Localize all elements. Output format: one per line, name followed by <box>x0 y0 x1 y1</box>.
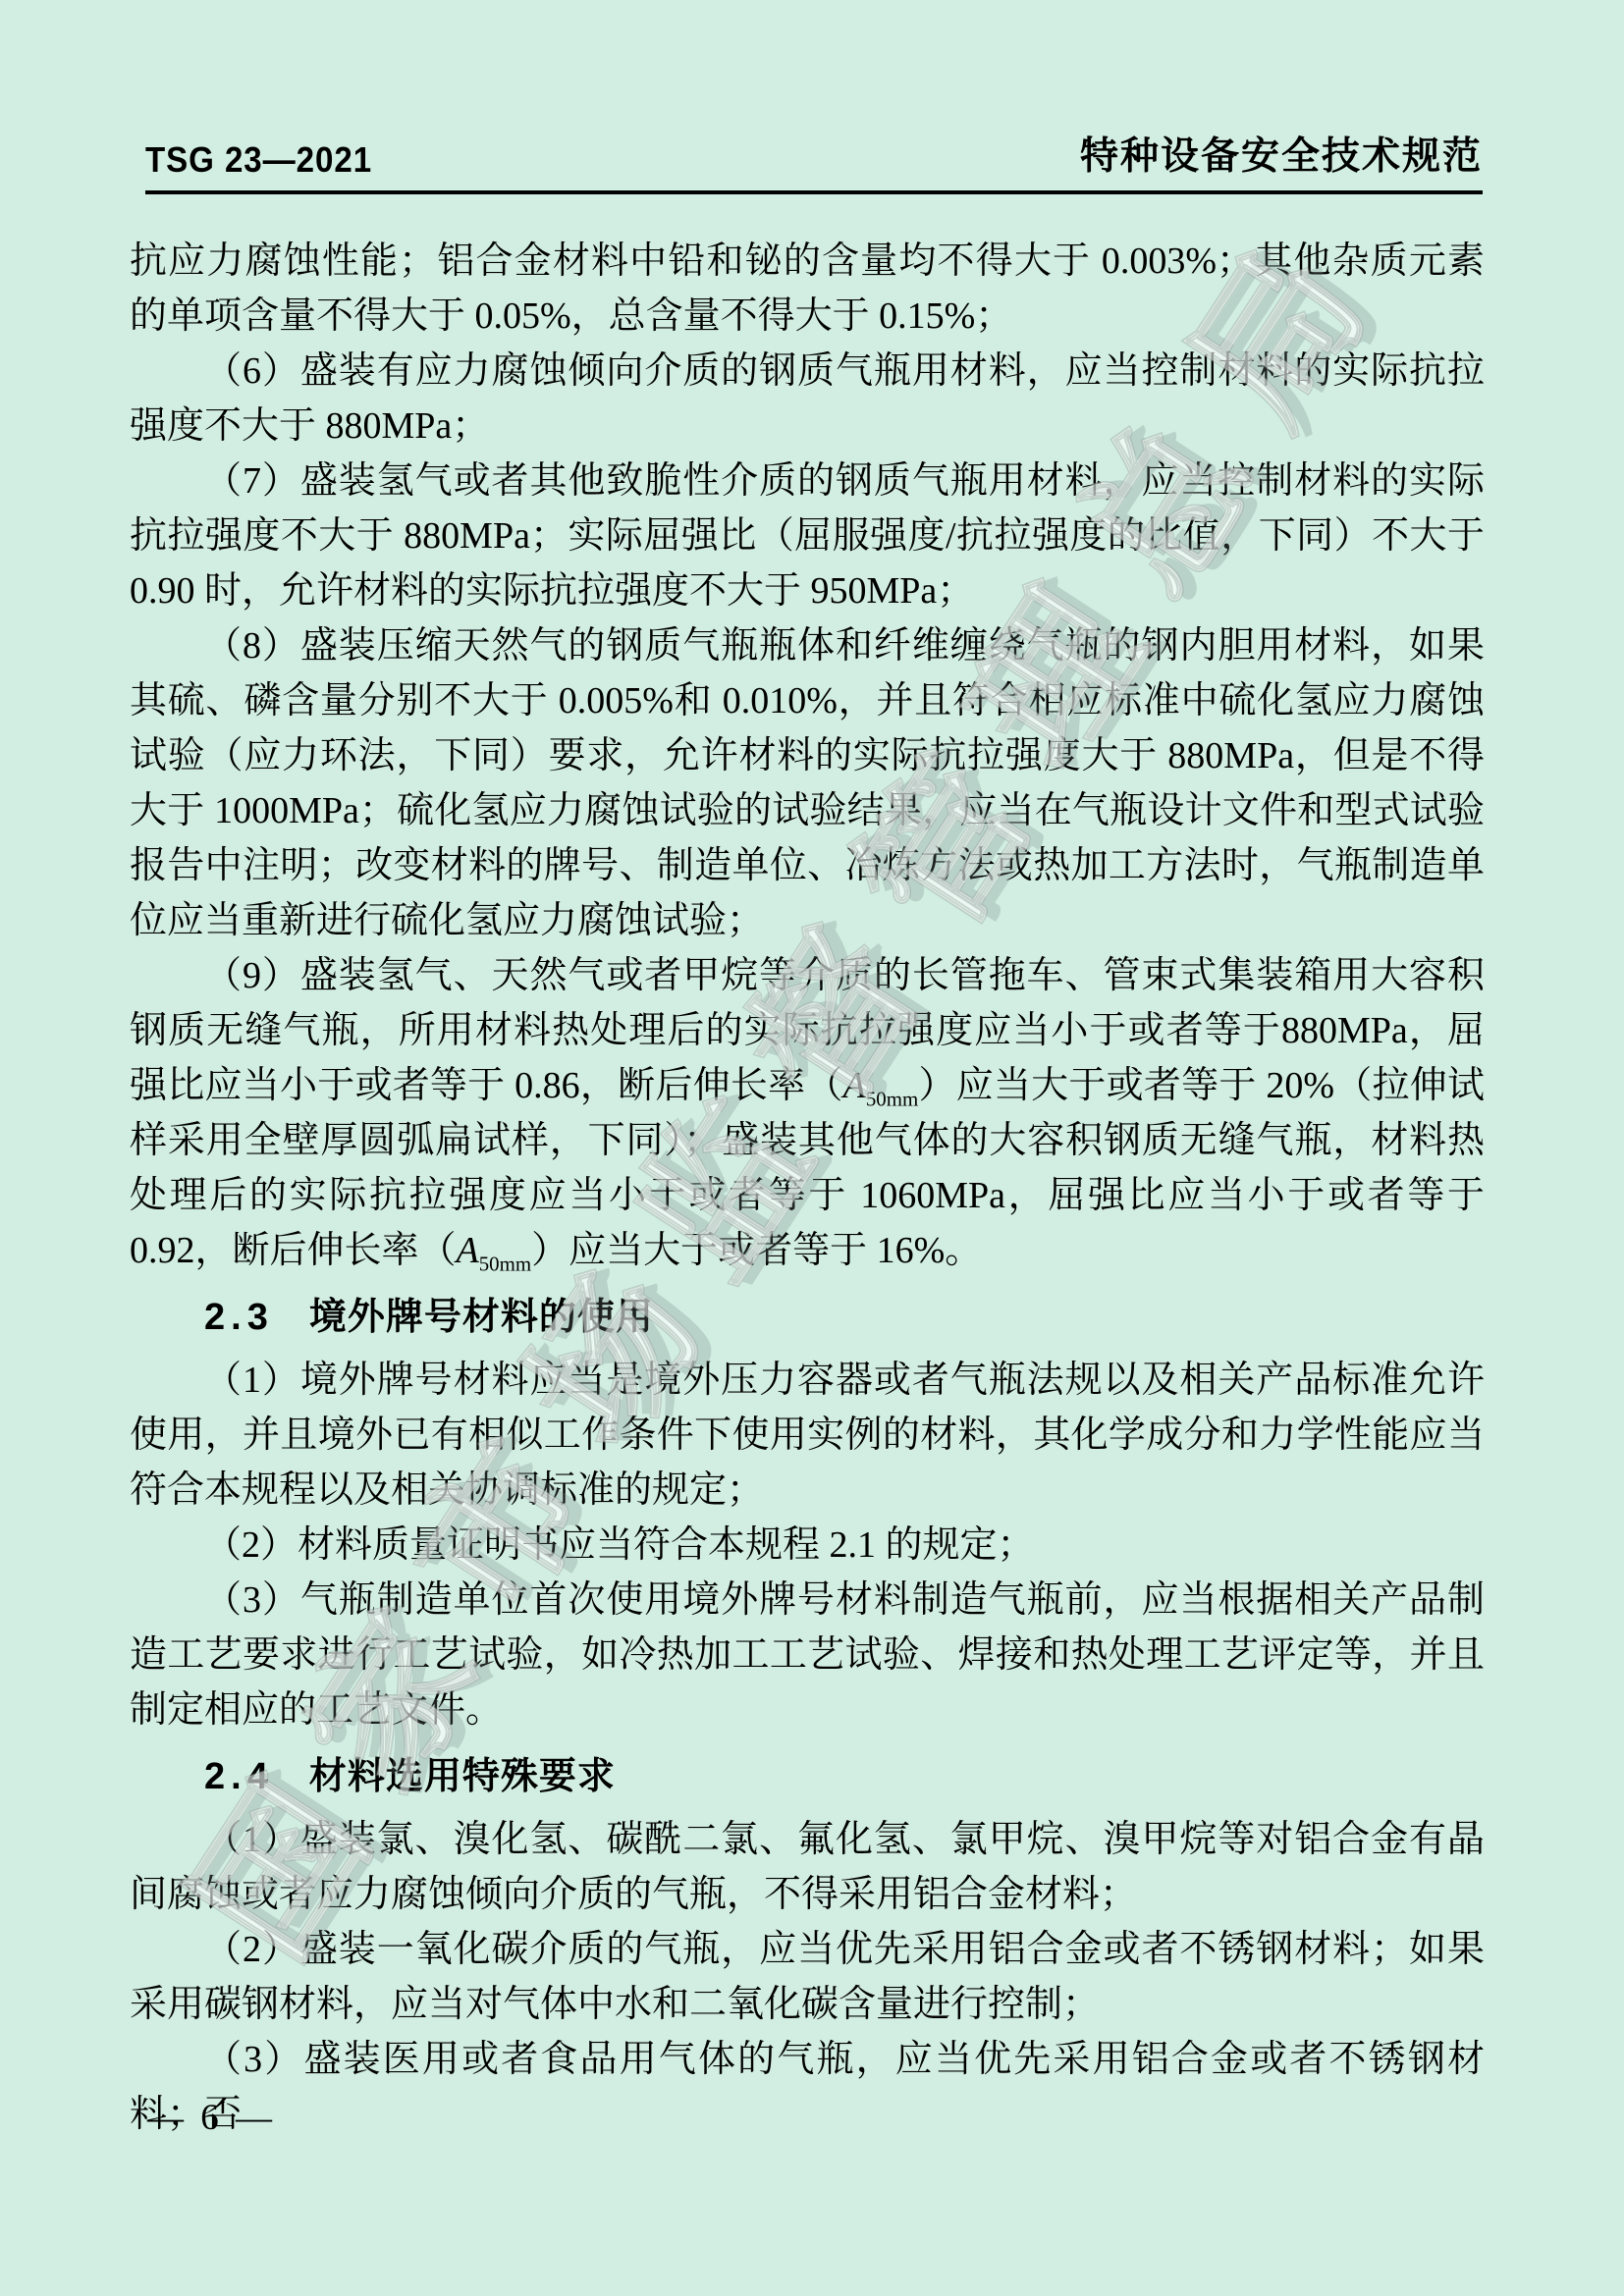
text-segment: ）应当大于或者等于 16%。 <box>531 1230 982 1271</box>
text-segment: （3）盛装医用或者食品用气体的气瓶，应当优先采用铝合金或者不锈钢材料；否 <box>130 2039 1485 2135</box>
document-body: 抗应力腐蚀性能；铝合金材料中铅和铋的含量均不得大于 0.003%；其他杂质元素的… <box>130 234 1485 2142</box>
section-number: 2.3 <box>204 1297 274 1338</box>
text-segment: 50mm <box>866 1088 918 1111</box>
document-title: 特种设备安全技术规范 <box>1080 126 1483 181</box>
paragraph: 抗应力腐蚀性能；铝合金材料中铅和铋的含量均不得大于 0.003%；其他杂质元素的… <box>130 234 1485 344</box>
text-segment: （7）盛装氢气或者其他致脆性介质的钢质气瓶用材料，应当控制材料的实际抗拉强度不大… <box>130 460 1485 612</box>
text-segment: 抗应力腐蚀性能；铝合金材料中铅和铋的含量均不得大于 0.003%；其他杂质元素的… <box>130 240 1485 337</box>
paragraph: （7）盛装氢气或者其他致脆性介质的钢质气瓶用材料，应当控制材料的实际抗拉强度不大… <box>130 454 1485 618</box>
paragraph: （1）境外牌号材料应当是境外压力容器或者气瓶法规以及相关产品标准允许使用，并且境… <box>130 1353 1485 1518</box>
text-segment: （1）盛装氯、溴化氢、碳酰二氯、氟化氢、氯甲烷、溴甲烷等对铝合金有晶间腐蚀或者应… <box>130 1819 1485 1915</box>
text-segment: A <box>843 1065 866 1106</box>
section-heading: 2.3境外牌号材料的使用 <box>130 1290 1485 1345</box>
paragraph: （9）盛装氢气、天然气或者甲烷等介质的长管拖车、管束式集装箱用大容积钢质无缝气瓶… <box>130 948 1485 1278</box>
text-segment: （2）盛装一氧化碳介质的气瓶，应当优先采用铝合金或者不锈钢材料；如果采用碳钢材料… <box>130 1929 1485 2025</box>
paragraph: （2）盛装一氧化碳介质的气瓶，应当优先采用铝合金或者不锈钢材料；如果采用碳钢材料… <box>130 1922 1485 2032</box>
paragraph: （1）盛装氯、溴化氢、碳酰二氯、氟化氢、氯甲烷、溴甲烷等对铝合金有晶间腐蚀或者应… <box>130 1812 1485 1922</box>
paragraph: （6）盛装有应力腐蚀倾向介质的钢质气瓶用材料，应当控制材料的实际抗拉强度不大于 … <box>130 344 1485 454</box>
paragraph: （3）气瓶制造单位首次使用境外牌号材料制造气瓶前，应当根据相关产品制造工艺要求进… <box>130 1573 1485 1737</box>
paragraph: （8）盛装压缩天然气的钢质气瓶瓶体和纤维缠绕气瓶的钢内胆用材料，如果其硫、磷含量… <box>130 618 1485 948</box>
text-segment: （1）境外牌号材料应当是境外压力容器或者气瓶法规以及相关产品标准允许使用，并且境… <box>130 1360 1485 1511</box>
text-segment: A <box>457 1230 479 1271</box>
section-title: 材料选用特殊要求 <box>309 1756 616 1797</box>
section-title: 境外牌号材料的使用 <box>309 1297 654 1338</box>
text-segment: （2）材料质量证明书应当符合本规程 2.1 的规定； <box>204 1524 1035 1566</box>
page-header: TSG 23—2021 特种设备安全技术规范 <box>145 126 1483 194</box>
paragraph: （3）盛装医用或者食品用气体的气瓶，应当优先采用铝合金或者不锈钢材料；否 <box>130 2032 1485 2142</box>
text-segment: （3）气瓶制造单位首次使用境外牌号材料制造气瓶前，应当根据相关产品制造工艺要求进… <box>130 1579 1485 1731</box>
section-number: 2.4 <box>204 1756 274 1797</box>
section-heading: 2.4材料选用特殊要求 <box>130 1749 1485 1804</box>
text-segment: 50mm <box>479 1253 531 1276</box>
paragraph: （2）材料质量证明书应当符合本规程 2.1 的规定； <box>130 1518 1485 1573</box>
page-number: — 6 — <box>147 2097 276 2139</box>
document-code: TSG 23—2021 <box>145 139 372 181</box>
text-segment: （6）盛装有应力腐蚀倾向介质的钢质气瓶用材料，应当控制材料的实际抗拉强度不大于 … <box>130 350 1485 447</box>
text-segment: （8）盛装压缩天然气的钢质气瓶瓶体和纤维缠绕气瓶的钢内胆用材料，如果其硫、磷含量… <box>130 625 1485 941</box>
document-page: TSG 23—2021 特种设备安全技术规范 国家市场监督管理总局 抗应力腐蚀性… <box>0 0 1624 2296</box>
